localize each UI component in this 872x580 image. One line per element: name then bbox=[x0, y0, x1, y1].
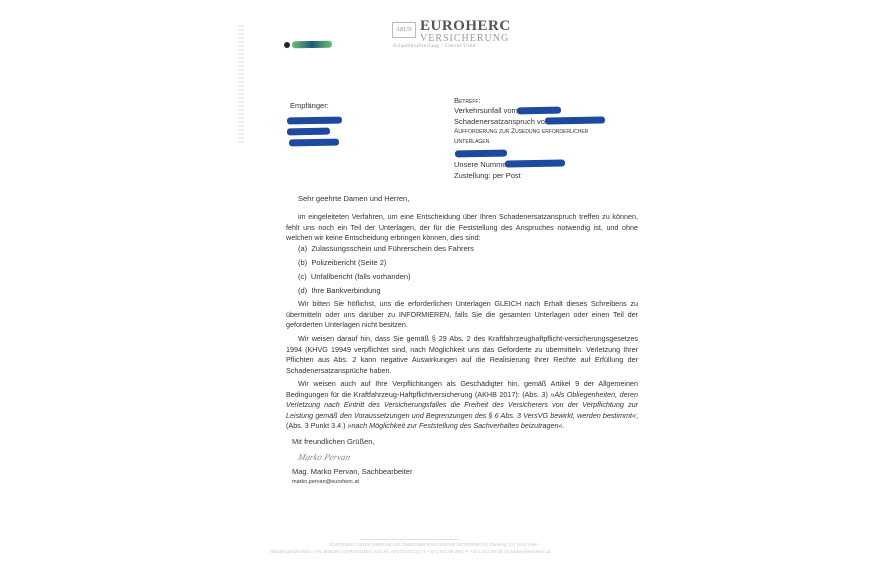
list-text: Polizeibericht (Seite 2) bbox=[311, 258, 386, 267]
list-text: Ihre Bankverbindung bbox=[311, 286, 380, 295]
list-text: Zulassungsschein und Führerschein des Fa… bbox=[311, 244, 474, 253]
accident-label: Verkehrsunfall vom bbox=[454, 106, 518, 115]
footer-line-2: Handelsgericht Wien | FN 466926s | DVR 4… bbox=[270, 549, 550, 554]
delivery-method: Zustellung: per Post bbox=[454, 171, 521, 180]
list-text: Unfallbericht (falls vorhanden) bbox=[311, 272, 411, 281]
salutation: Sehr geehrte Damen und Herren, bbox=[298, 194, 409, 203]
intro-text: im eingeleiteten Verfahren, um eine Ents… bbox=[286, 212, 638, 242]
logo-mark: ARUN bbox=[392, 22, 416, 38]
list-item: (b) Polizeibericht (Seite 2) bbox=[298, 258, 386, 267]
intro-paragraph: im eingeleiteten Verfahren, um eine Ents… bbox=[286, 212, 638, 244]
recipient-line-redacted bbox=[287, 117, 342, 125]
letter-page bbox=[230, 0, 650, 580]
accident-date-redacted bbox=[517, 107, 561, 115]
legal-text-1: Wir weisen darauf hin, dass Sie gemäß § … bbox=[286, 334, 638, 375]
list-item: (c) Unfallbericht (falls vorhanden) bbox=[298, 272, 411, 281]
list-marker: (d) bbox=[298, 286, 307, 295]
subject-extra-redacted bbox=[455, 150, 507, 158]
footer-line-1: EUROHERC VERSICHERUNG AG ZWEIGNIEDERLASS… bbox=[330, 542, 538, 547]
list-marker: (a) bbox=[298, 244, 307, 253]
list-marker: (c) bbox=[298, 272, 307, 281]
request-title-line2: Unterlagen bbox=[454, 138, 489, 145]
footer-divider bbox=[360, 539, 460, 540]
our-number-label: Unsere Nummer bbox=[454, 160, 509, 169]
closing: Mit freundlichen Grüßen, bbox=[292, 437, 375, 446]
claim-label: Schadenersatzanspruch vom bbox=[454, 117, 551, 126]
our-number-redacted bbox=[505, 159, 565, 167]
recipient-label: Empfänger: bbox=[290, 101, 329, 110]
legal-paragraph-1: Wir weisen darauf hin, dass Sie gemäß § … bbox=[286, 334, 638, 376]
recipient-line-redacted bbox=[289, 139, 339, 147]
signer-email[interactable]: marko.pervan@euroherc.at bbox=[292, 479, 359, 485]
signer-name: Mag. Marko Pervan, Sachbearbeiter bbox=[292, 467, 412, 476]
legal-paragraph-2: Wir weisen auch auf Ihre Verpflichtungen… bbox=[286, 379, 638, 432]
signature: Marko Pervan bbox=[297, 452, 352, 462]
list-item: (d) Ihre Bankverbindung bbox=[298, 286, 381, 295]
department-line: Schadensabteilung - Glavni Ured bbox=[393, 43, 475, 49]
legal-quote-2: »nach Möglichkeit zur Feststellung des S… bbox=[348, 421, 565, 430]
stamp-dot-icon bbox=[284, 42, 290, 48]
list-item: (a) Zulassungsschein und Führerschein de… bbox=[298, 244, 474, 253]
request-title-line1: Aufforderung zur Zusedung erforderlicher bbox=[454, 128, 588, 135]
subject-heading: Betreff: bbox=[454, 96, 481, 105]
side-margin-print bbox=[238, 25, 244, 145]
redaction-stamp bbox=[292, 41, 332, 49]
claim-date-redacted bbox=[545, 116, 605, 124]
recipient-line-redacted bbox=[287, 128, 330, 136]
list-marker: (b) bbox=[298, 258, 307, 267]
request-text: Wir bitten Sie höflichst, uns die erford… bbox=[286, 299, 638, 329]
request-paragraph: Wir bitten Sie höflichst, uns die erford… bbox=[286, 299, 638, 331]
